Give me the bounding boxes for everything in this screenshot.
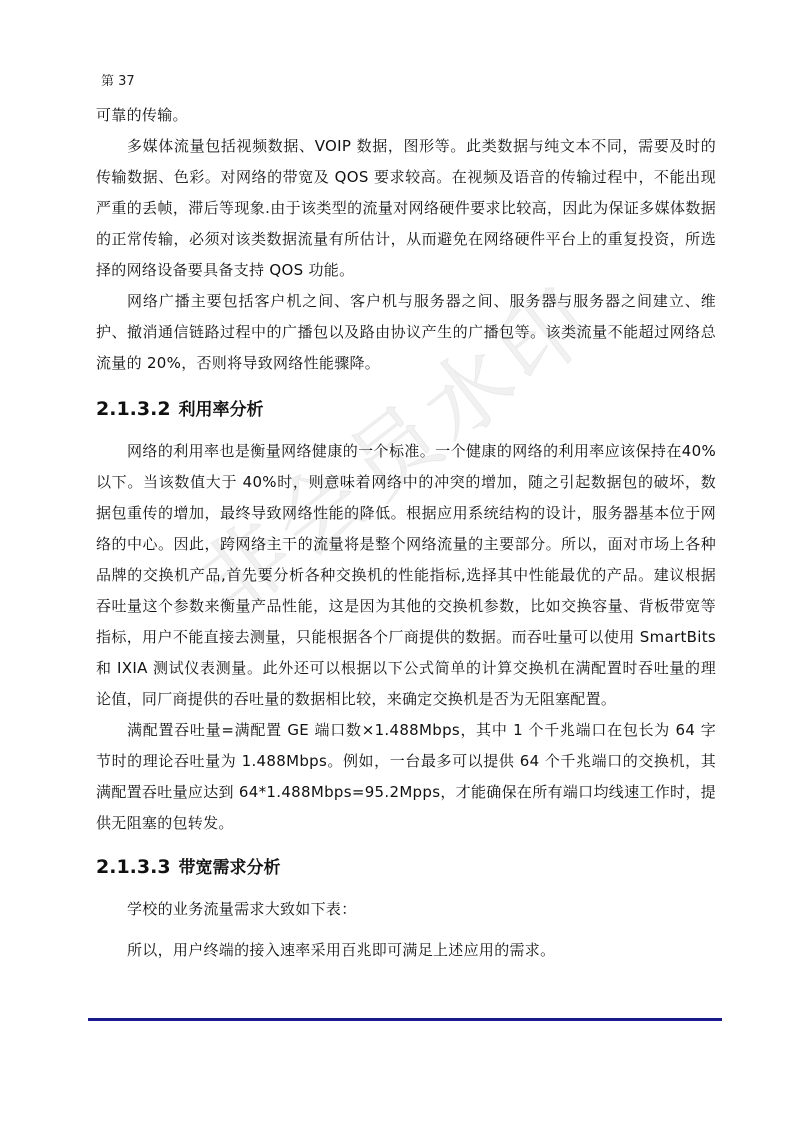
paragraph-continuation: 可靠的传输。	[96, 100, 716, 131]
paragraph-network-broadcast: 网络广播主要包括客户机之间、客户机与服务器之间、服务器与服务器之间建立、维护、撤…	[96, 286, 716, 379]
page-number: 第 37	[101, 73, 135, 91]
paragraph-table-intro: 学校的业务流量需求大致如下表：	[96, 894, 716, 925]
paragraph-throughput-formula: 满配置吞吐量=满配置 GE 端口数×1.488Mbps，其中 1 个千兆端口在包…	[96, 715, 716, 839]
section-title: 带宽需求分析	[179, 858, 281, 878]
footer-rule	[88, 1018, 722, 1021]
section-heading-bandwidth: 2.1.3.3带宽需求分析	[96, 855, 716, 880]
section-number: 2.1.3.3	[96, 856, 171, 878]
section-heading-utilization: 2.1.3.2利用率分析	[96, 397, 716, 422]
paragraph-conclusion: 所以，用户终端的接入速率采用百兆即可满足上述应用的需求。	[96, 935, 716, 966]
paragraph-multimedia-traffic: 多媒体流量包括视频数据、VOIP 数据，图形等。此类数据与纯文本不同，需要及时的…	[96, 131, 716, 286]
section-number: 2.1.3.2	[96, 398, 171, 420]
page-content: 可靠的传输。 多媒体流量包括视频数据、VOIP 数据，图形等。此类数据与纯文本不…	[96, 100, 716, 966]
paragraph-utilization: 网络的利用率也是衡量网络健康的一个标准。一个健康的网络的利用率应该保持在40%以…	[96, 436, 716, 715]
table-placeholder-gap	[96, 925, 716, 935]
section-title: 利用率分析	[179, 400, 264, 420]
document-page: 非会员水印 第 37 可靠的传输。 多媒体流量包括视频数据、VOIP 数据，图形…	[0, 0, 793, 1122]
